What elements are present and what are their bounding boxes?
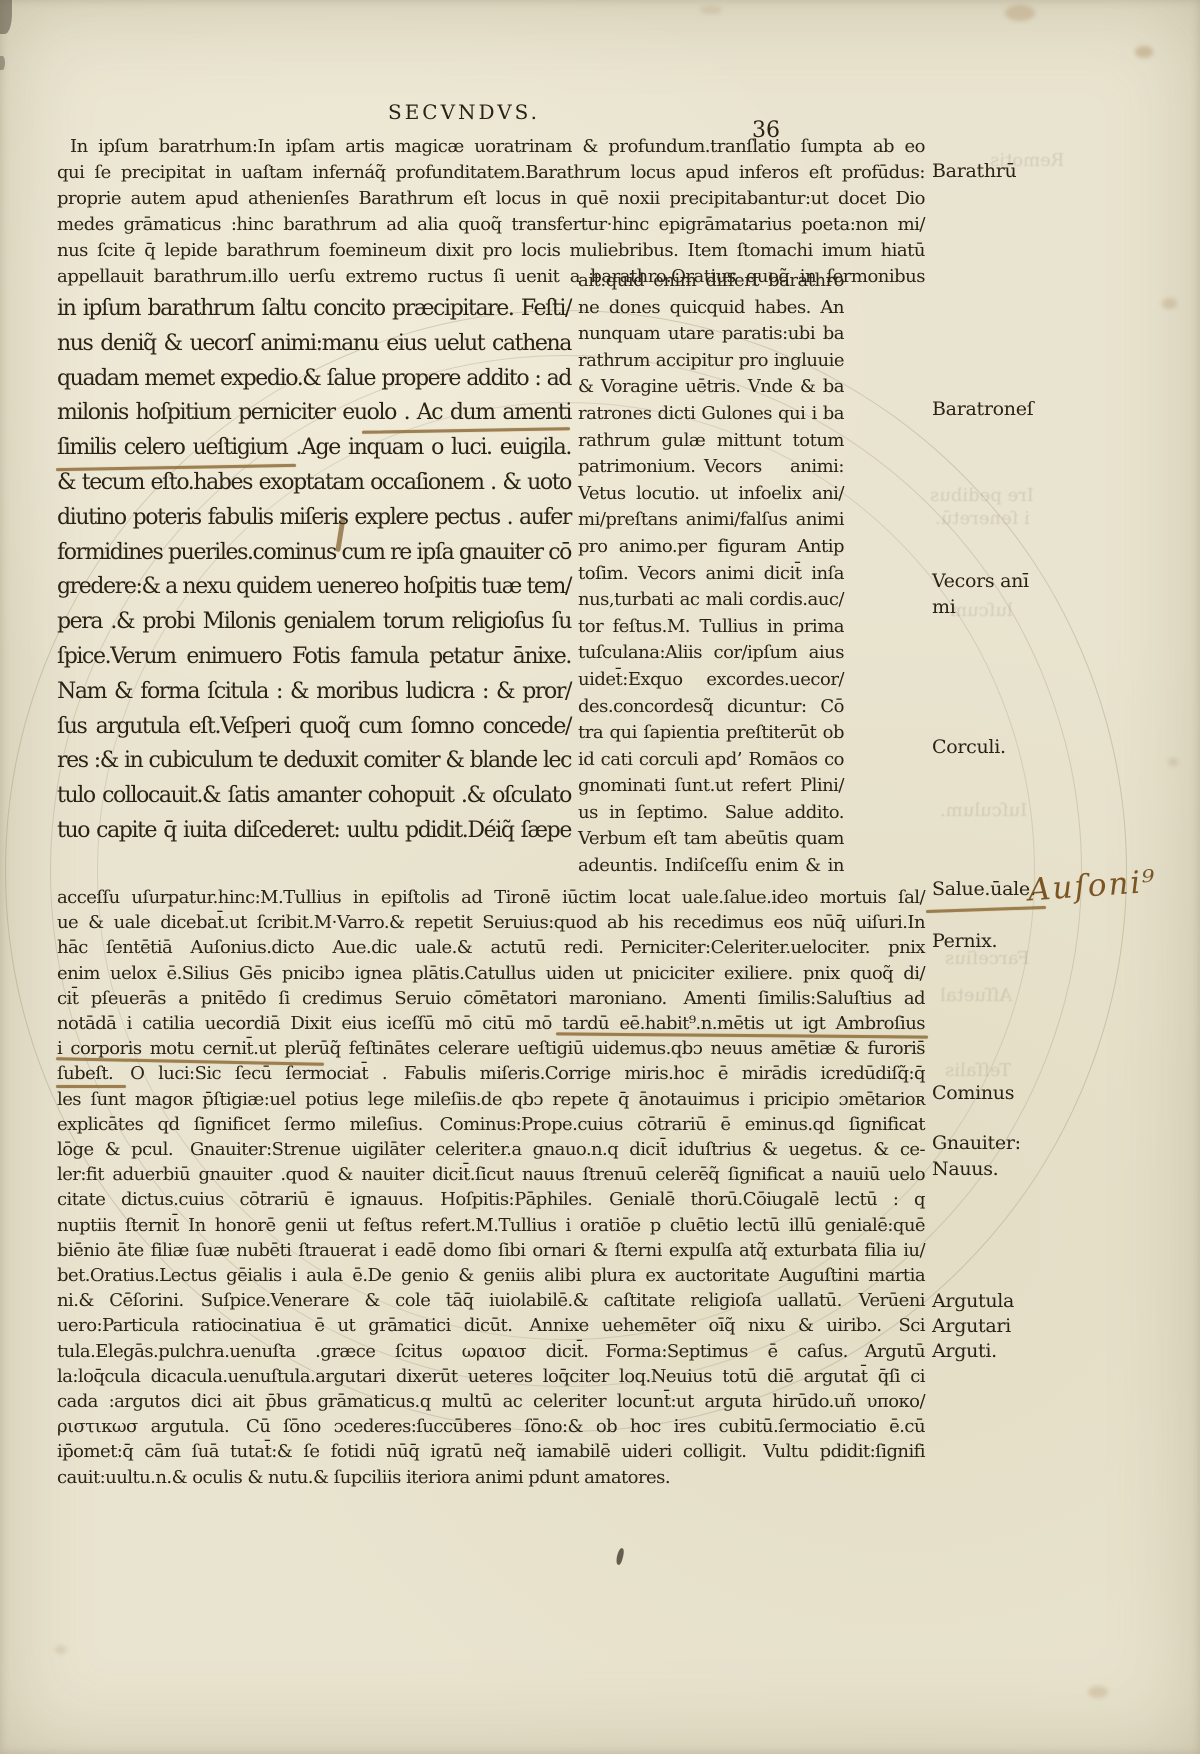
commentary-line: tra qui ſapientia preſtiterūt ob: [578, 720, 844, 747]
commentary-line: acceſſu uſurpatur.hinc:M.Tullius in epiſ…: [57, 885, 925, 910]
commentary-line: ſubeſt. O luci:Sic ſecū ſermociat̄ . Fab…: [57, 1061, 925, 1086]
commentary-line: hāc ſentētiā Auſonius.dicto Aue.dic uale…: [57, 935, 925, 960]
commentary-line: citate dictus.cuius cōtrariū ē ignauus. …: [57, 1187, 925, 1212]
commentary-line: nunquam utare paratis:ubi ba: [578, 321, 844, 348]
commentary-line: nus ſcite q̄ lepide barathrum foemineum …: [57, 238, 925, 264]
commentary-line: qui ſe precipitat in uaſtam infernáq̃ pr…: [57, 160, 925, 186]
commentary-line: les ſunt magoʀ p̄ſtigiæ:uel potius lege …: [57, 1087, 925, 1112]
ink-underline: [56, 1085, 126, 1088]
commentary-line: bet.Oratius.Lectus gēialis i aula ē.De g…: [57, 1263, 925, 1288]
margin-note: Salue.ūale.: [932, 878, 1036, 900]
commentary-line: In ipſum baratrhum:In ipſam artis magicæ…: [57, 134, 925, 160]
margin-note: Pernix.: [932, 930, 997, 952]
commentary-line: ait:quid enim differt barathro: [578, 268, 844, 295]
margin-note: Argutula: [932, 1290, 1014, 1312]
foxing-stain: [1168, 758, 1178, 766]
margin-note: Gnauiter:: [932, 1132, 1021, 1154]
bleedthrough-text: luſcum: [950, 600, 1013, 621]
foxing-stain: [1135, 46, 1153, 58]
margin-note: mi: [932, 596, 956, 618]
margin-note: Arguti.: [932, 1340, 997, 1362]
commentary-line: adeuntis. Indiſceſſu enim & in: [578, 853, 844, 880]
margin-note: Vecors anī: [932, 570, 1029, 592]
commentary-line: uidet̄:Exquo excordes.uecor/: [578, 667, 844, 694]
commentary-line: rathrum accipitur pro ingluuie: [578, 348, 844, 375]
commentary-line: gnominati ſunt.ut refert Plini/: [578, 773, 844, 800]
margin-note: Nauus.: [932, 1158, 998, 1180]
margin-note: Baratroneſ: [932, 398, 1033, 420]
commentary-line: ip̄omet:q̄ cām ſuā tutat̄:& ſe fotidi nū…: [57, 1439, 925, 1464]
commentary-line: ni.& Cēſorini. Suſpice.Venerare & cole t…: [57, 1288, 925, 1313]
commentary-line: medes grāmaticus :hinc barathrum ad alia…: [57, 212, 925, 238]
ink-speck: [0, 56, 5, 70]
commentary-line: Vetus locutio. ut infoelix ani/: [578, 481, 844, 508]
main-text-line: formidines pueriles.cominus cum re ipſa …: [57, 536, 571, 571]
main-text-line: milonis hoſpitium perniciter euolo . Ac …: [57, 396, 571, 431]
commentary-line: patrimonium. Vecors animi:: [578, 454, 844, 481]
commentary-line: notādā i catilia uecordiā Dixit eius ice…: [57, 1011, 925, 1036]
bottom-commentary-block: acceſſu uſurpatur.hinc:M.Tullius in epiſ…: [57, 885, 925, 1490]
margin-note: Cominus: [932, 1082, 1014, 1104]
main-text-line: & tecum eſto.habes exoptatam occaſionem …: [57, 466, 571, 501]
commentary-line: ler:fit aduerbiū gnauiter .quod & nauite…: [57, 1162, 925, 1187]
main-text-line: diutino poteris fabulis miſeris explere …: [57, 501, 571, 536]
commentary-line: lōge & pcul. Gnauiter:Strenue uigilāter …: [57, 1137, 925, 1162]
commentary-line: us in ſeptimo. Salue addito.: [578, 800, 844, 827]
commentary-line: ue & uale dicebat̄.ut ſcribit.M·Varro.& …: [57, 910, 925, 935]
commentary-line: la:loq̄cula dicacula.uenuſtula.argutari …: [57, 1364, 925, 1389]
commentary-line: Verbum eſt tam abeūtis quam: [578, 826, 844, 853]
bleedthrough-text: i ſeneretū.: [935, 508, 1030, 529]
commentary-line: explicātes qd ſignificet ſermo mileſius.…: [57, 1112, 925, 1137]
commentary-line: toſim. Vecors animi dicit̄ inſa: [578, 561, 844, 588]
margin-note: Argutari: [932, 1315, 1011, 1337]
commentary-line: tula.Elegās.pulchra.uenuſta .græce ſcitu…: [57, 1339, 925, 1364]
main-text-line: tulo collocauit.& ſatis amanter cohopuit…: [57, 779, 571, 814]
main-text-line: in ipſum barathrum ſaltu concito præcipi…: [57, 292, 571, 327]
running-head: SECVNDVS.: [388, 100, 540, 124]
commentary-line: mi/preſtans animi/falſus animi: [578, 507, 844, 534]
commentary-line: ratrones dicti Gulones qui i ba: [578, 401, 844, 428]
margin-note: Barathrū: [932, 160, 1017, 182]
handwritten-annotation: Auſoni⁹: [1027, 864, 1158, 909]
ink-speck: [0, 0, 12, 34]
main-text-column: in ipſum barathrum ſaltu concito præcipi…: [57, 292, 571, 849]
foxing-stain: [1005, 5, 1035, 21]
commentary-line: proprie autem apud athenienſes Barathrum…: [57, 186, 925, 212]
commentary-column: ait:quid enim differt barathrone dones q…: [578, 268, 844, 880]
commentary-line: id cati corculi apd’ Romāos co: [578, 747, 844, 774]
commentary-line: ριστικωσ argutula. Cū ſōno ɔcederes:ſucc…: [57, 1414, 925, 1439]
commentary-line: tor feſtus.M. Tullius in prima: [578, 614, 844, 641]
commentary-line: & Voragine uētris. Vnde & ba: [578, 374, 844, 401]
main-text-line: ſpice.Verum enimuero Fotis famula petatu…: [57, 640, 571, 675]
main-text-line: quadam memet expedio.& ſalue propere add…: [57, 362, 571, 397]
main-text-line: res :& in cubiculum te deduxit comiter &…: [57, 744, 571, 779]
main-text-line: ſimilis celero ueſtigium .Age inquam o l…: [57, 431, 571, 466]
bleedthrough-text: Ire pedibus: [930, 485, 1034, 506]
foxing-stain: [1088, 1686, 1108, 1698]
foxing-stain: [700, 6, 722, 14]
commentary-line: pro animo.per figuram Antip: [578, 534, 844, 561]
top-commentary-block: In ipſum baratrhum:In ipſam artis magicæ…: [57, 134, 925, 290]
main-text-line: ſus argutula eſt.Veſperi quoq̃ cum ſomno…: [57, 710, 571, 745]
main-text-line: gredere:& a nexu quidem uenereo hoſpitis…: [57, 570, 571, 605]
margin-note: Corculi.: [932, 736, 1006, 758]
commentary-line: uero:Particula ratiocinatiua ē ut grāmat…: [57, 1313, 925, 1338]
main-text-line: tuo capite q̄ iuita diſcederet: uultu pd…: [57, 814, 571, 849]
foxing-stain: [1162, 298, 1177, 309]
bleedthrough-text: Iuſculum.: [940, 800, 1027, 821]
commentary-line: nuptiis ſternit̄ In honorē genii ut feſt…: [57, 1213, 925, 1238]
foxing-stain: [55, 1645, 67, 1654]
main-text-line: nus deniq̃ & uecorſ animi:manu eius uelu…: [57, 327, 571, 362]
commentary-line: tuſculana:Aliis cor/ipſum aius: [578, 640, 844, 667]
bleedthrough-text: Teſſalis: [945, 1060, 1011, 1081]
commentary-line: cauit:uultu.n.& oculis & nutu.& ſupcilii…: [57, 1465, 925, 1490]
commentary-line: des.concordesq̃ dicuntur: Cō: [578, 694, 844, 721]
commentary-line: rathrum gulæ mittunt totum: [578, 428, 844, 455]
commentary-line: nus,turbati ac mali cordis.auc/: [578, 587, 844, 614]
bleedthrough-text: Aſſuetal: [940, 985, 1012, 1006]
ink-speck: [615, 1548, 625, 1566]
main-text-line: Nam & forma ſcitula : & moribus ludicra …: [57, 675, 571, 710]
main-text-line: pera .& probi Milonis genialem torum rel…: [57, 605, 571, 640]
book-page: RemotisIre pedibusi ſeneretū.luſcumIuſcu…: [0, 0, 1200, 1754]
commentary-line: i corporis motu cernit̄.ut plerūq̃ feſti…: [57, 1036, 925, 1061]
commentary-line: ne dones quicquid habes. An: [578, 295, 844, 322]
commentary-line: cit̄ pſeuerās a pnitēdo ſi credimus Seru…: [57, 986, 925, 1011]
commentary-line: biēnio āte filiæ ſuæ nubēti ſtrauerat i …: [57, 1238, 925, 1263]
commentary-line: enim uelox ē.Silius Gēs pnicibɔ ignea pl…: [57, 961, 925, 986]
commentary-line: cada :argutos dici ait p̄bus grāmaticus.…: [57, 1389, 925, 1414]
